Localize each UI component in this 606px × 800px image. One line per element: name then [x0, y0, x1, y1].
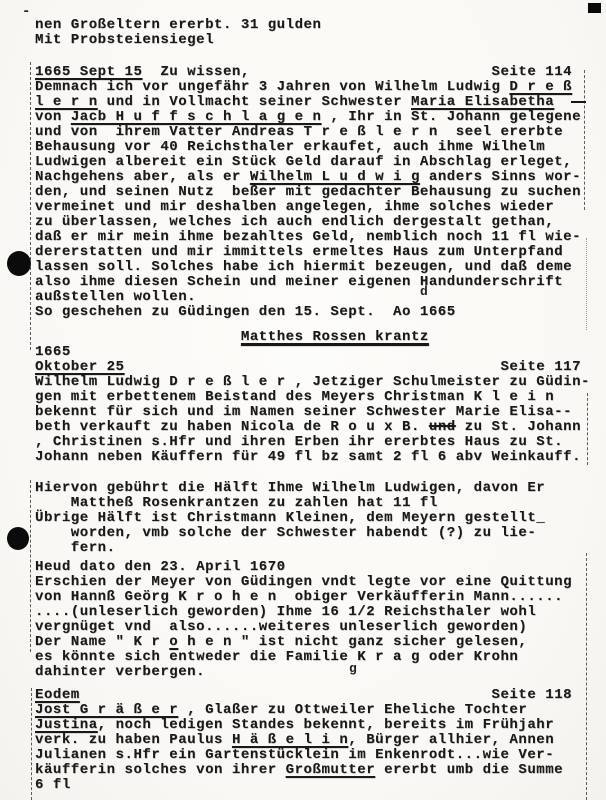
stray-ink-mark: d [420, 284, 428, 299]
text-segment: Mattheß Rosenkrantzen zu zahlen hat 11 f… [35, 495, 438, 511]
text-line: verk. zu haben Paulus H ä ß e l i n, Bür… [35, 733, 606, 748]
text-segment: Hiervon gebührt die Hälft Ihme Wilhelm L… [35, 480, 545, 496]
text-segment: 6 fl [35, 777, 71, 793]
text-segment: Julianen s.Hfr ein Gartenstücklein im En… [35, 747, 554, 763]
text-line: Mit Probsteiensiegel [35, 33, 606, 48]
blank-line [35, 48, 606, 65]
text-line: lassen soll. Solches habe ich hiermit be… [35, 260, 606, 275]
text-segment: bekennt für sich und im Namen seiner Sch… [35, 404, 572, 420]
text-segment: den, und seinen Nutz beßer mit gedachter… [35, 184, 581, 200]
text-segment: käufferin solches von ihrer [35, 762, 286, 778]
text-segment [35, 329, 241, 345]
text-segment [250, 64, 492, 80]
text-line: dererstatten und mir immittels ermeltes … [35, 245, 606, 260]
underlined-text: Eodem [35, 687, 80, 703]
text-line: den, und seinen Nutz beßer mit gedachter… [35, 185, 606, 200]
text-line: 6 fl [35, 778, 606, 793]
text-line: Heud dato den 23. April 1670 [35, 560, 606, 575]
text-segment: zu überlassen, welches ich auch endlich … [35, 214, 554, 230]
text-segment: , Christinen s.Hfr und ihren Erben ihr e… [35, 434, 563, 450]
text-segment: und von ihrem Vatter Andreas T r e ß l e… [35, 124, 563, 140]
text-line: Wilhelm Ludwig D r e ß l e r , Jetziger … [35, 375, 606, 390]
text-line: daß er mir mein ihme bezahltes Geld, nem… [35, 230, 606, 245]
underlined-text: Jost G r ä ß e r [35, 702, 178, 718]
underlined-text: Matthes Rossen krantz [241, 329, 429, 345]
text-line: Matthes Rossen krantz [35, 330, 606, 345]
underlined-text: l e r n [35, 94, 98, 110]
text-segment: , Bürger allhier, Annen [348, 732, 554, 748]
right-margin-guide-line [587, 393, 588, 465]
margin-bracket-mark [571, 101, 586, 103]
text-line: vergnüget vnd also......weiteres unleser… [35, 620, 606, 635]
text-segment: worden, vmb solche der Schwester habendt… [35, 525, 536, 541]
struck-text: und [429, 419, 456, 435]
text-segment: von Hannß Geörg K r o h e n obiger Verkä… [35, 589, 563, 605]
text-line: Nachgehens aber, als er Wilhelm L u d w … [35, 170, 606, 185]
corner-registration-mark [588, 3, 601, 13]
text-segment: es könnte sich entweder die Familie K r … [35, 649, 518, 665]
text-line: käufferin solches von ihrer Großmutter e… [35, 763, 606, 778]
text-segment: , Ihr in St. Johann gelegene [321, 109, 581, 125]
text-segment: Johann neben Käuffern für 49 fl bz samt … [35, 449, 581, 465]
right-margin-guide-line [586, 238, 587, 330]
text-segment: Nachgehens aber, als er [35, 169, 250, 185]
text-segment: also ihme diesen Schein und meiner eigen… [35, 274, 563, 290]
text-segment: vermeinet und mir deshalben angelegen, i… [35, 199, 554, 215]
text-line: 1665 Sept 15 Zu wissen, Seite 114 [35, 65, 606, 80]
text-line: fern. [35, 541, 606, 556]
text-line: außstellen wollen. [35, 290, 606, 305]
left-margin-guide-line [30, 62, 31, 350]
hole-punch-mark [7, 527, 29, 550]
underlined-text: Oktober 25 [35, 359, 125, 375]
text-line: So geschehen zu Güdingen den 15. Sept. A… [35, 305, 606, 320]
left-margin-guide-line [30, 480, 31, 652]
text-line: Der Name " K r o h e n " ist nicht ganz … [35, 635, 606, 650]
text-line: Hiervon gebührt die Hälft Ihme Wilhelm L… [35, 481, 606, 496]
text-segment [80, 687, 492, 703]
text-segment: ererbt umb die Summe [375, 762, 563, 778]
text-segment: Seite 117 [500, 359, 581, 375]
text-segment: Ludwigen albereit ein Stück Geld darauf … [35, 154, 572, 170]
text-line: Justina, noch ledigen Standes bekennt, b… [35, 718, 606, 733]
text-line: nen Großeltern ererbt. 31 gulden [35, 18, 606, 33]
text-segment: fern. [35, 540, 116, 556]
text-line: es könnte sich entweder die Familie K r … [35, 650, 606, 665]
text-segment: h e n " ist nicht ganz sicher gelesen, [178, 634, 527, 650]
text-line: worden, vmb solche der Schwester habendt… [35, 526, 606, 541]
underlined-text: o [169, 634, 178, 650]
text-segment: dahinter verbergen. [35, 664, 205, 680]
text-line: , Christinen s.Hfr und ihren Erben ihr e… [35, 435, 606, 450]
blank-line [35, 465, 606, 481]
text-segment: Heud dato den 23. April 1670 [35, 559, 286, 575]
text-segment: gen mit erbettenem Beistand des Meyers C… [35, 389, 554, 405]
text-segment: Übrige Hälft ist Christmann Kleinen, dem… [35, 510, 545, 526]
text-segment: verk. zu haben Paulus [35, 732, 232, 748]
left-margin-guide-line [31, 688, 32, 800]
text-line: Erschien der Meyer von Güdingen vndt leg… [35, 575, 606, 590]
text-segment: Seite 114 [492, 64, 573, 80]
text-segment: Seite 118 [492, 687, 573, 703]
text-segment: ....(unleserlich geworden) Ihme 16 1/2 R… [35, 604, 536, 620]
text-line: von Jacb H u f f s c h l a g e n , Ihr i… [35, 110, 606, 125]
text-segment: daß er mir mein ihme bezahltes Geld, nem… [35, 229, 581, 245]
underlined-text: 1665 Sept 15 [35, 64, 142, 80]
text-segment: beth verkauft zu haben Nicola de R o u x… [35, 419, 429, 435]
text-segment: von [35, 109, 71, 125]
text-line: l e r n und in Vollmacht seiner Schweste… [35, 95, 606, 110]
text-segment: So geschehen zu Güdingen den 15. Sept. A… [35, 304, 456, 320]
underlined-text: H ä ß e l i n [232, 732, 348, 748]
right-margin-guide-line [586, 553, 587, 800]
text-line: also ihme diesen Schein und meiner eigen… [35, 275, 606, 290]
text-segment: und in Vollmacht seiner Schwester [98, 94, 411, 110]
text-segment: Behausung vor 40 Reichsthaler erkaufet, … [35, 139, 545, 155]
text-line: Ludwigen albereit ein Stück Geld darauf … [35, 155, 606, 170]
text-line: Übrige Hälft ist Christmann Kleinen, dem… [35, 511, 606, 526]
text-segment: Wilhelm Ludwig D r e ß l e r , Jetziger … [35, 374, 590, 390]
text-segment: , Glaßer zu Ottweiler Eheliche Tochter [178, 702, 527, 718]
text-segment: Zu wissen, [142, 64, 249, 80]
text-line: Oktober 25 Seite 117 [35, 360, 606, 375]
text-segment: Erschien der Meyer von Güdingen vndt leg… [35, 574, 572, 590]
text-segment: lassen soll. Solches habe ich hiermit be… [35, 259, 572, 275]
text-line: Demnach ich vor ungefähr 3 Jahren von Wi… [35, 80, 606, 95]
text-line: Johann neben Käuffern für 49 fl bz samt … [35, 450, 606, 465]
right-margin-guide-line [584, 70, 585, 210]
text-line: gen mit erbettenem Beistand des Meyers C… [35, 390, 606, 405]
text-segment: dererstatten und mir immittels ermeltes … [35, 244, 563, 260]
text-line: Jost G r ä ß e r , Glaßer zu Ottweiler E… [35, 703, 606, 718]
underlined-text: D r e ß [509, 79, 572, 95]
underlined-text: Großmutter [286, 762, 376, 778]
text-line: ....(unleserlich geworden) Ihme 16 1/2 R… [35, 605, 606, 620]
underlined-text: Jacb H u f f s c h l a g e n [71, 109, 322, 125]
text-line: Eodem Seite 118 [35, 688, 606, 703]
text-segment [125, 359, 501, 375]
text-segment: anders Sinns wor- [420, 169, 581, 185]
text-line: Julianen s.Hfr ein Gartenstücklein im En… [35, 748, 606, 763]
text-line: vermeinet und mir deshalben angelegen, i… [35, 200, 606, 215]
stray-ink-mark: - [22, 4, 30, 20]
text-line: 1665 [35, 345, 606, 360]
text-line: dahinter verbergen. [35, 665, 606, 680]
text-segment: Mit Probsteiensiegel [35, 32, 214, 48]
text-line: bekennt für sich und im Namen seiner Sch… [35, 405, 606, 420]
stray-ink-mark: g [349, 661, 357, 676]
hole-punch-mark [7, 251, 31, 276]
underlined-text: Wilhelm L u d w i g [250, 169, 420, 185]
text-line: beth verkauft zu haben Nicola de R o u x… [35, 420, 606, 435]
document-text-block: nen Großeltern ererbt. 31 guldenMit Prob… [0, 0, 606, 793]
text-line: Behausung vor 40 Reichsthaler erkaufet, … [35, 140, 606, 155]
text-segment: 1665 [35, 344, 71, 360]
text-segment: vergnüget vnd also......weiteres unleser… [35, 619, 527, 635]
text-line: von Hannß Geörg K r o h e n obiger Verkä… [35, 590, 606, 605]
text-segment: nen Großeltern ererbt. 31 gulden [35, 17, 321, 33]
text-line: und von ihrem Vatter Andreas T r e ß l e… [35, 125, 606, 140]
text-segment: außstellen wollen. [35, 289, 196, 305]
scanned-document-page: nen Großeltern ererbt. 31 guldenMit Prob… [0, 0, 606, 800]
underlined-text: Justina [35, 717, 98, 733]
text-segment: Demnach ich vor ungefähr 3 Jahren von Wi… [35, 79, 509, 95]
text-segment: Der Name " K r [35, 634, 169, 650]
text-line: zu überlassen, welches ich auch endlich … [35, 215, 606, 230]
text-line: Mattheß Rosenkrantzen zu zahlen hat 11 f… [35, 496, 606, 511]
underlined-text: Maria Elisabetha [411, 94, 554, 110]
text-segment: zu St. Johann [456, 419, 581, 435]
text-segment: , noch ledigen Standes bekennt, bereits … [98, 717, 555, 733]
